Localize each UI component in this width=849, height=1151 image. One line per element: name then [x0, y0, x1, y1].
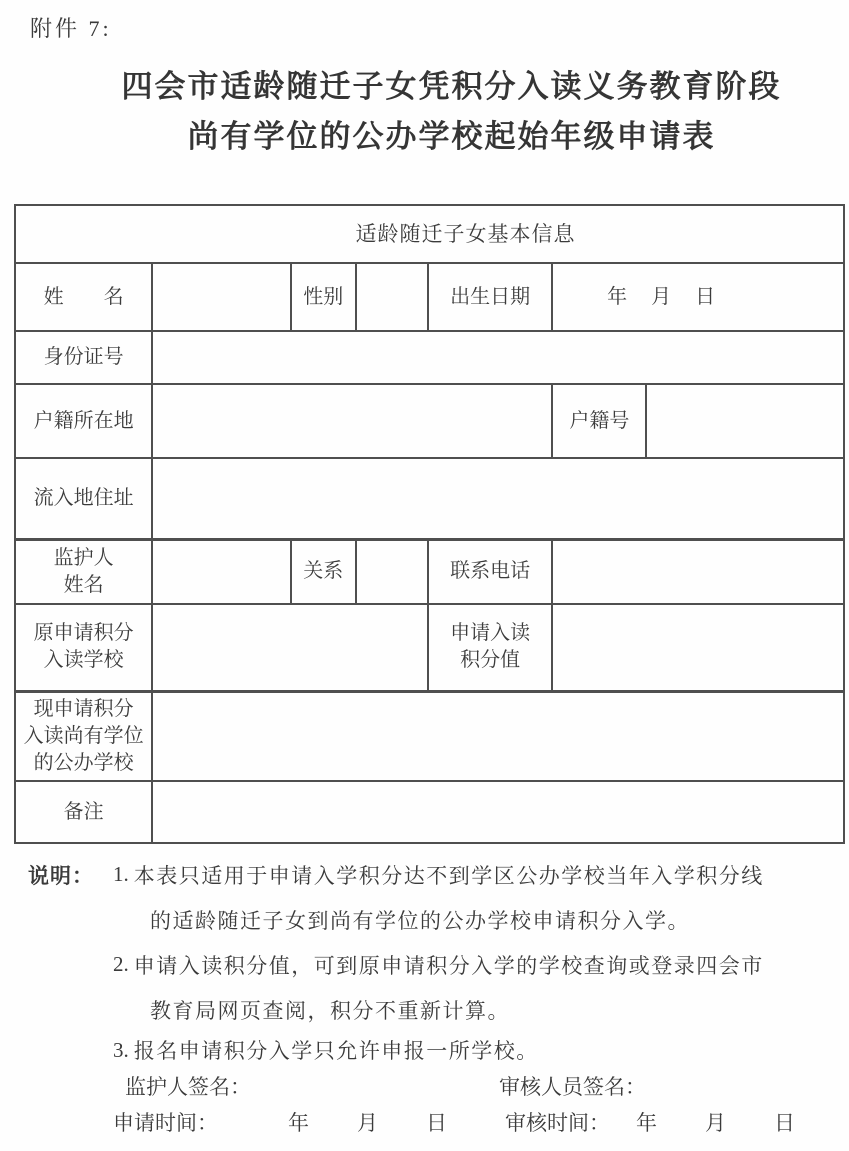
relationship-label: 关系	[291, 539, 356, 604]
guardian-name-label: 监护人 姓名	[15, 539, 152, 604]
date-line: 申请时间： 年 月 日 审核时间： 年 月 日	[0, 1104, 849, 1140]
original-school-value	[152, 604, 428, 691]
note-1-line-2: 的适龄随迁子女到尚有学位的公办学校申请积分入学。	[0, 897, 849, 942]
note-2-line-1: 2. 申请入读积分值，可到原申请积分入学的学校查询或登录四会市	[0, 942, 849, 987]
signature-line: 监护人签名： 审核人员签名：	[0, 1068, 849, 1104]
household-location-value	[152, 384, 552, 458]
contact-phone-value	[552, 539, 844, 604]
title-line-1: 四会市适龄随迁子女凭积分入读义务教育阶段	[27, 62, 849, 112]
document-page: 附件 7: 四会市适龄随迁子女凭积分入读义务教育阶段 尚有学位的公办学校起始年级…	[0, 0, 849, 1151]
relationship-value	[356, 539, 428, 604]
id-number-label: 身份证号	[15, 331, 152, 384]
note-2-text: 申请入读积分值，可到原申请积分入学的学校查询或登录四会市	[134, 950, 764, 980]
household-number-value	[646, 384, 844, 458]
apply-time-label: 申请时间：	[113, 1107, 218, 1137]
name-label: 姓 名	[15, 263, 152, 331]
review-date-placeholder: 年 月 日	[636, 1107, 797, 1137]
original-school-label: 原申请积分 入读学校	[15, 604, 152, 691]
note-2-number: 2.	[113, 952, 129, 977]
household-location-label: 户籍所在地	[15, 384, 152, 458]
notes-label: 说明：	[28, 860, 113, 890]
table-row-original-school: 原申请积分 入读学校 申请入读 积分值	[15, 604, 844, 691]
attachment-label: 附件 7:	[30, 12, 112, 43]
reviewer-signature-label: 审核人员签名：	[499, 1071, 646, 1101]
household-number-label: 户籍号	[552, 384, 646, 458]
current-school-label: 现申请积分 入读尚有学位 的公办学校	[15, 691, 152, 781]
birth-date-label: 出生日期	[428, 263, 552, 331]
note-1-line-1: 说明： 1. 本表只适用于申请入学积分达不到学区公办学校当年入学积分线	[0, 852, 849, 897]
contact-phone-label: 联系电话	[428, 539, 552, 604]
table-row-inflow-address: 流入地住址	[15, 458, 844, 539]
application-score-label: 申请入读 积分值	[428, 604, 552, 691]
current-school-value	[152, 691, 844, 781]
table-row-current-school: 现申请积分 入读尚有学位 的公办学校	[15, 691, 844, 781]
note-3-text: 报名申请积分入学只允许申报一所学校。	[134, 1035, 539, 1065]
title-line-2: 尚有学位的公办学校起始年级申请表	[27, 112, 849, 162]
table-row-remarks: 备注	[15, 781, 844, 843]
table-row-header: 适龄随迁子女基本信息	[15, 205, 844, 263]
table-row-household: 户籍所在地 户籍号	[15, 384, 844, 458]
table-row-name: 姓 名 性别 出生日期 年 月 日	[15, 263, 844, 331]
guardian-name-value	[152, 539, 290, 604]
review-time-label: 审核时间：	[505, 1107, 610, 1137]
document-title: 四会市适龄随迁子女凭积分入读义务教育阶段 尚有学位的公办学校起始年级申请表	[27, 62, 849, 162]
guardian-signature-label: 监护人签名：	[125, 1071, 251, 1101]
note-1-text: 本表只适用于申请入学积分达不到学区公办学校当年入学积分线	[134, 860, 764, 890]
table-row-id-number: 身份证号	[15, 331, 844, 384]
remarks-value	[152, 781, 844, 843]
section-header-text: 适龄随迁子女基本信息	[356, 222, 576, 246]
note-2-line-2: 教育局网页查阅，积分不重新计算。	[0, 987, 849, 1032]
application-form-table: 适龄随迁子女基本信息 姓 名 性别 出生日期 年 月 日 身份证号 户籍所在地	[14, 204, 845, 844]
gender-label: 性别	[291, 263, 356, 331]
birth-date-value: 年 月 日	[552, 263, 844, 331]
inflow-address-label: 流入地住址	[15, 458, 152, 539]
id-number-value	[152, 331, 844, 384]
note-3-number: 3.	[113, 1038, 129, 1063]
notes-section: 说明： 1. 本表只适用于申请入学积分达不到学区公办学校当年入学积分线 的适龄随…	[0, 852, 849, 1140]
apply-date-placeholder: 年 月 日	[288, 1107, 449, 1137]
remarks-label: 备注	[15, 781, 152, 843]
note-1-number: 1.	[113, 862, 129, 887]
section-header-cell: 适龄随迁子女基本信息	[15, 205, 844, 263]
birth-date-placeholder: 年 月 日	[607, 286, 717, 308]
gender-value	[356, 263, 428, 331]
table-row-guardian: 监护人 姓名 关系 联系电话	[15, 539, 844, 604]
name-value	[152, 263, 290, 331]
inflow-address-value	[152, 458, 844, 539]
application-score-value	[552, 604, 844, 691]
note-3-line-1: 3. 报名申请积分入学只允许申报一所学校。	[0, 1032, 849, 1068]
